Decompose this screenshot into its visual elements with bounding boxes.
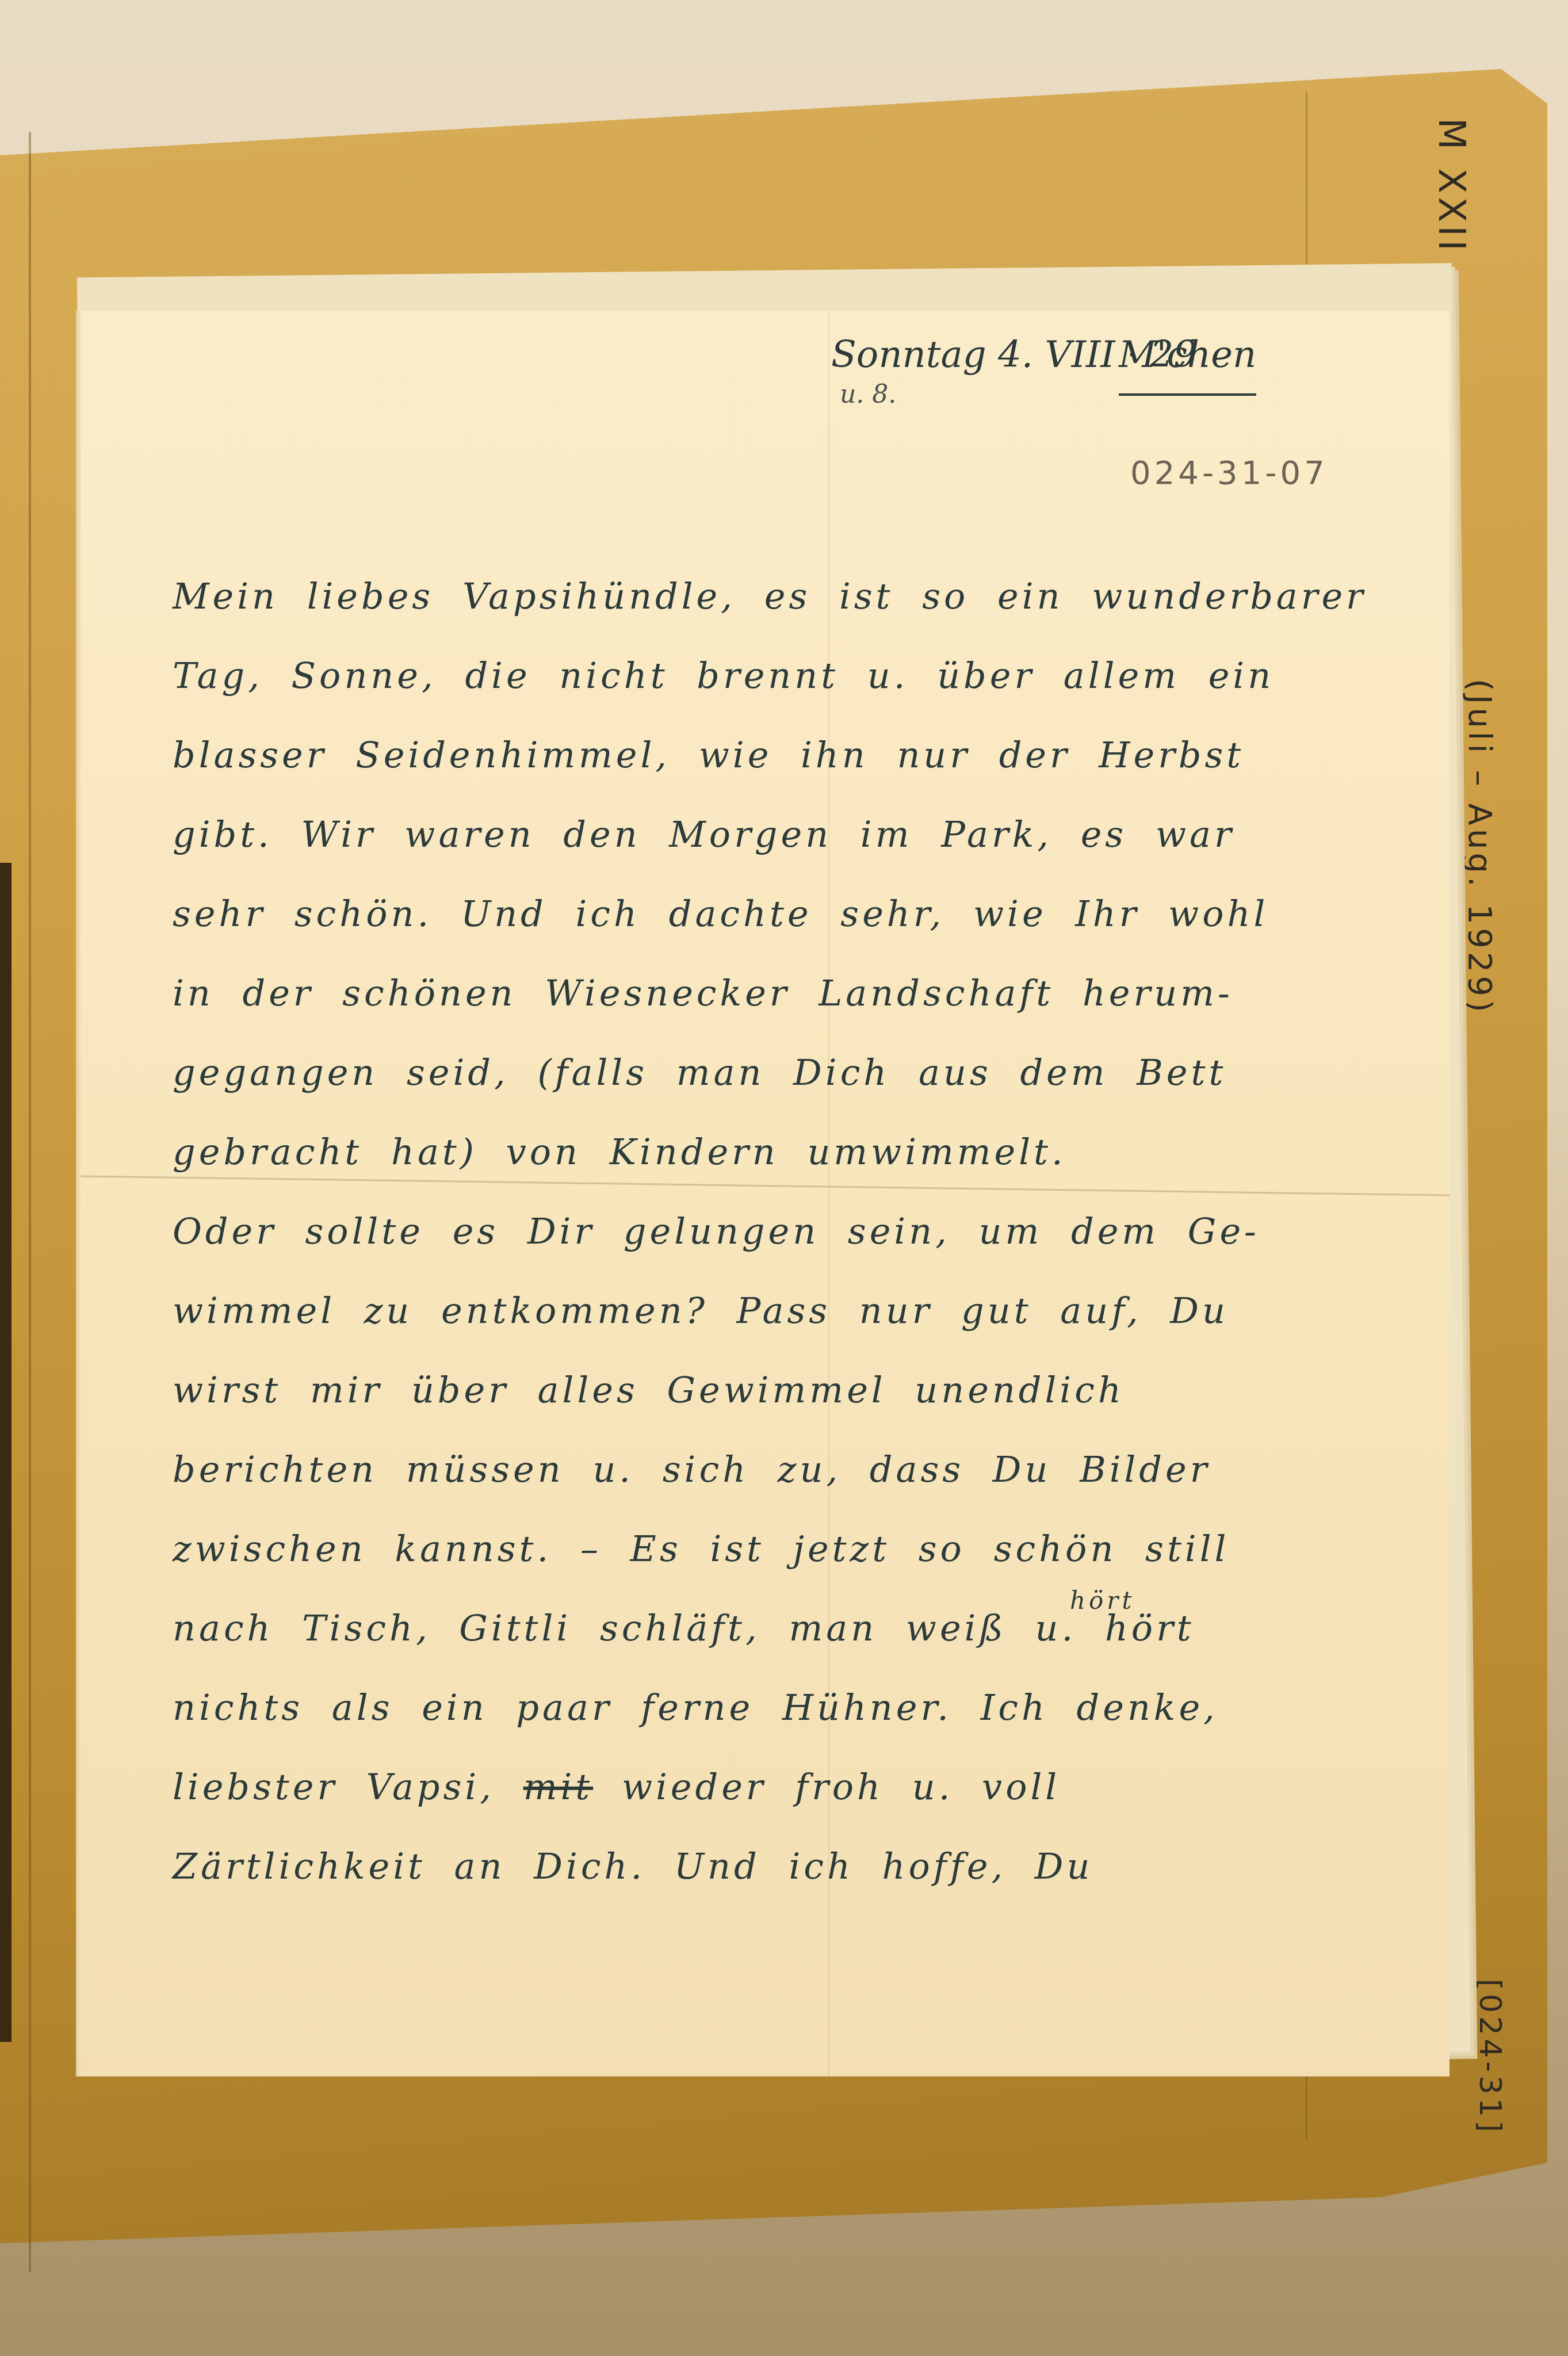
struck-word: mit [523,1766,594,1808]
archive-number: 024-31-07 [1130,454,1328,492]
letter-line: blasser Seidenhimmel, wie ihn nur der He… [173,734,1455,813]
letter-place: M'chen [1119,334,1256,396]
letter-line: zwischen kannst. – Es ist jetzt so schön… [173,1528,1455,1607]
letter-line-text: liebster Vapsi, [173,1766,495,1808]
letter-line: nach Tisch, Gittli schläft, man weiß u. … [173,1607,1455,1686]
letter-line: wimmel zu entkommen? Pass nur gut auf, D… [173,1290,1455,1369]
folder-shelf-mark: M XXII [1430,118,1473,254]
letter-line: gegangen seid, (falls man Dich aus dem B… [173,1051,1455,1131]
letter-body: Mein liebes Vapsihündle, es ist so ein w… [173,575,1455,1925]
letter-line: gibt. Wir waren den Morgen im Park, es w… [173,813,1455,893]
letter-page: Sonntag 4. VIII · 29 M'chen u. 8. 024-31… [81,311,1450,2076]
letter-line: in der schönen Wiesnecker Landschaft her… [173,972,1455,1051]
letter-line: Mein liebes Vapsihündle, es ist so ein w… [173,575,1455,655]
folder-edge-shadow [0,863,12,2042]
letter-line: sehr schön. Und ich dachte sehr, wie Ihr… [173,893,1455,972]
folder-reference: [024-31] [1473,1979,1507,2136]
letter-insertion: hört [1070,1586,1135,1615]
letter-date-note: u. 8. [840,380,896,409]
letter-line: Oder sollte es Dir gelungen sein, um dem… [173,1210,1455,1290]
folder-crease [29,132,31,2272]
letter-line: liebster Vapsi, mit wieder froh u. voll [173,1766,1455,1845]
folder-date-range: (Juli – Aug. 1929) [1461,679,1498,1016]
letter-line-text: nach Tisch, Gittli schläft, man weiß u. … [173,1607,1195,1649]
letter-line: gebracht hat) von Kindern umwimmelt. [173,1131,1455,1210]
letter-line-text: wieder froh u. voll [622,1766,1060,1808]
letter-line: berichten müssen u. sich zu, dass Du Bil… [173,1448,1455,1528]
letter-line: Tag, Sonne, die nicht brennt u. über all… [173,655,1455,734]
letter-line: Zärtlichkeit an Dich. Und ich hoffe, Du [173,1845,1455,1925]
letter-line: wirst mir über alles Gewimmel unendlich [173,1369,1455,1448]
letter-line: nichts als ein paar ferne Hühner. Ich de… [173,1686,1455,1766]
